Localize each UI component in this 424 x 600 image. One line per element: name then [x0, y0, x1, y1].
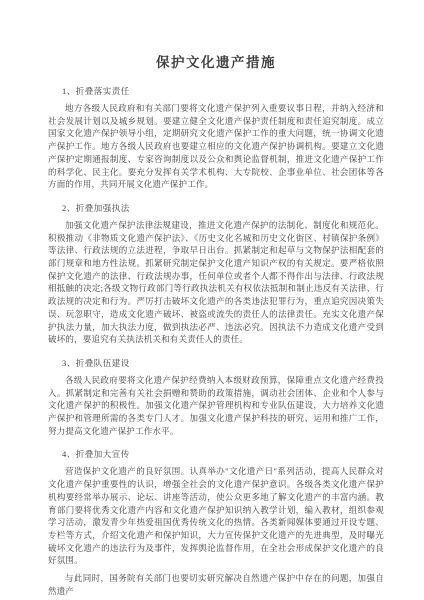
section-1-heading: 1、折叠落实责任 — [48, 86, 384, 96]
document-content: 保护文化遗产措施 1、折叠落实责任 地方各级人民政府和有关部门要将文化遗产保护列… — [0, 0, 424, 598]
section-2-paragraph: 加强文化遗产保护法律法规建设，推进文化遗产保护的法制化、制度化和规范化。积极推动… — [48, 219, 384, 346]
section-3-paragraph: 各级人民政府要将文化遗产保护经费纳入本级财政预算，保障重点文化遗产经费投入。抓紧… — [48, 374, 384, 438]
closing-paragraph: 与此同时，国务院有关部门也要切实研究解决自然遗产保护中存在的问题，加强自然遗产 — [48, 572, 384, 597]
section-2: 2、折叠加强执法 加强文化遗产保护法律法规建设，推进文化遗产保护的法制化、制度化… — [48, 203, 384, 346]
section-4-paragraph: 营造保护文化遗产的良好氛围。认真举办"文化遗产日"系列活动，提高人民群众对文化遗… — [48, 465, 384, 567]
section-4: 4、折叠加大宣传 营造保护文化遗产的良好氛围。认真举办"文化遗产日"系列活动，提… — [48, 449, 384, 567]
section-4-heading: 4、折叠加大宣传 — [48, 449, 384, 459]
document-title: 保护文化遗产措施 — [48, 0, 384, 71]
section-1-paragraph: 地方各级人民政府和有关部门要将文化遗产保护列入重要议事日程，并纳入经济和社会发展… — [48, 102, 384, 191]
section-2-heading: 2、折叠加强执法 — [48, 203, 384, 213]
section-3: 3、折叠队伍建设 各级人民政府要将文化遗产保护经费纳入本级财政预算，保障重点文化… — [48, 358, 384, 438]
document-page: 保护文化遗产措施 1、折叠落实责任 地方各级人民政府和有关部门要将文化遗产保护列… — [0, 0, 424, 600]
section-3-heading: 3、折叠队伍建设 — [48, 358, 384, 368]
section-1: 1、折叠落实责任 地方各级人民政府和有关部门要将文化遗产保护列入重要议事日程，并… — [48, 86, 384, 191]
